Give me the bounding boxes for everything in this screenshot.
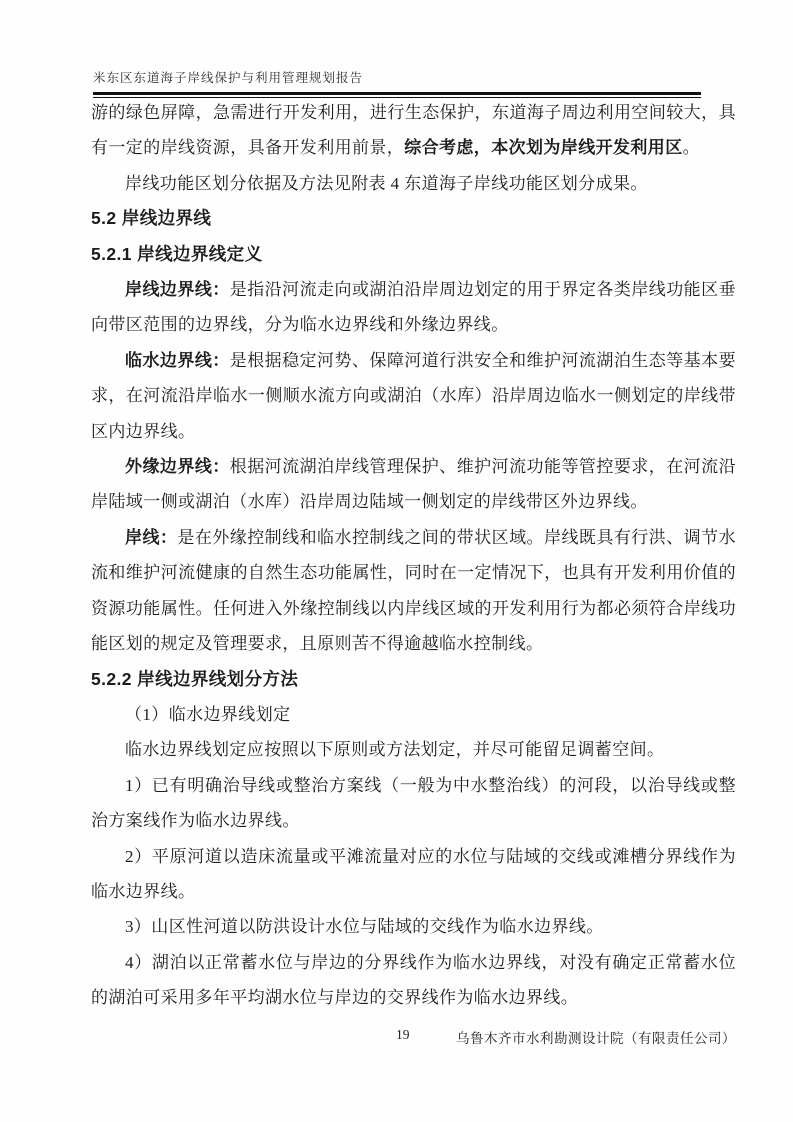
subsection-heading: 5.2.1 岸线边界线定义: [91, 237, 736, 272]
text-run: 岸线功能区划分依据及方法见附表 4 东道海子岸线功能区划分成果。: [125, 174, 648, 193]
paragraph: 临水边界线：是根据稳定河势、保障河道行洪安全和维护河流湖泊生态等基本要求，在河流…: [91, 343, 736, 449]
paragraph: 岸线：是在外缘控制线和临水控制线之间的带状区域。岸线既具有行洪、调节水流和维护河…: [91, 520, 736, 662]
paragraph: 外缘边界线：根据河流湖泊岸线管理保护、维护河流功能等管控要求，在河流沿岸陆域一侧…: [91, 449, 736, 520]
text-run: 4）湖泊以正常蓄水位与岸边的分界线作为临水边界线，对没有确定正常蓄水位的湖泊可采…: [91, 953, 736, 1007]
document-body: 游的绿色屏障，急需进行开发利用，进行生态保护，东道海子周边利用空间较大，具有一定…: [91, 95, 736, 1016]
text-run: 1）已有明确治导线或整治方案线（一般为中水整治线）的河段，以治导线或整治方案线作…: [91, 776, 736, 830]
report-title: 米东区东道海子岸线保护与利用管理规划报告: [93, 68, 735, 86]
paragraph: （1）临水边界线划定: [91, 697, 736, 732]
bold-text-run: 外缘边界线：: [125, 457, 230, 476]
bold-text-run: 岸线：: [125, 528, 177, 547]
paragraph: 游的绿色屏障，急需进行开发利用，进行生态保护，东道海子周边利用空间较大，具有一定…: [91, 95, 736, 166]
paragraph: 2）平原河道以造床流量或平滩流量对应的水位与陆域的交线或滩槽分界线作为临水边界线…: [91, 839, 736, 910]
bold-text-run: 临水边界线：: [125, 351, 230, 370]
organization-name: 乌鲁木齐市水利勘测设计院（有限责任公司）: [456, 1027, 736, 1047]
bold-text-run: 岸线边界线：: [125, 280, 230, 299]
paragraph: 4）湖泊以正常蓄水位与岸边的分界线作为临水边界线，对没有确定正常蓄水位的湖泊可采…: [91, 945, 736, 1016]
text-run: 。: [683, 138, 700, 157]
paragraph: 岸线边界线：是指沿河流走向或湖泊沿岸周边划定的用于界定各类岸线功能区垂向带区范围…: [91, 272, 736, 343]
paragraph: 3）山区性河道以防洪设计水位与陆域的交线作为临水边界线。: [91, 909, 736, 944]
paragraph: 1）已有明确治导线或整治方案线（一般为中水整治线）的河段，以治导线或整治方案线作…: [91, 768, 736, 839]
text-run: 3）山区性河道以防洪设计水位与陆域的交线作为临水边界线。: [125, 917, 604, 936]
document-page: 米东区东道海子岸线保护与利用管理规划报告 游的绿色屏障，急需进行开发利用，进行生…: [0, 0, 793, 1122]
page-header: 米东区东道海子岸线保护与利用管理规划报告: [93, 68, 735, 98]
text-run: 临水边界线划定应按照以下原则或方法划定，并尽可能留足调蓄空间。: [125, 740, 664, 759]
paragraph: 临水边界线划定应按照以下原则或方法划定，并尽可能留足调蓄空间。: [91, 732, 736, 767]
page-footer: 19 乌鲁木齐市水利勘测设计院（有限责任公司）: [91, 1027, 736, 1051]
subsection-heading: 5.2.2 岸线边界线划分方法: [91, 662, 736, 697]
text-run: 2）平原河道以造床流量或平滩流量对应的水位与陆域的交线或滩槽分界线作为临水边界线…: [91, 847, 736, 901]
section-heading: 5.2 岸线边界线: [91, 201, 736, 236]
page-number: 19: [396, 1027, 410, 1043]
bold-text-run: 综合考虑，本次划为岸线开发利用区: [404, 138, 682, 157]
text-run: 是在外缘控制线和临水控制线之间的带状区域。岸线既具有行洪、调节水流和维护河流健康…: [91, 528, 736, 653]
text-run: （1）临水边界线划定: [125, 705, 291, 724]
paragraph: 岸线功能区划分依据及方法见附表 4 东道海子岸线功能区划分成果。: [91, 166, 736, 201]
